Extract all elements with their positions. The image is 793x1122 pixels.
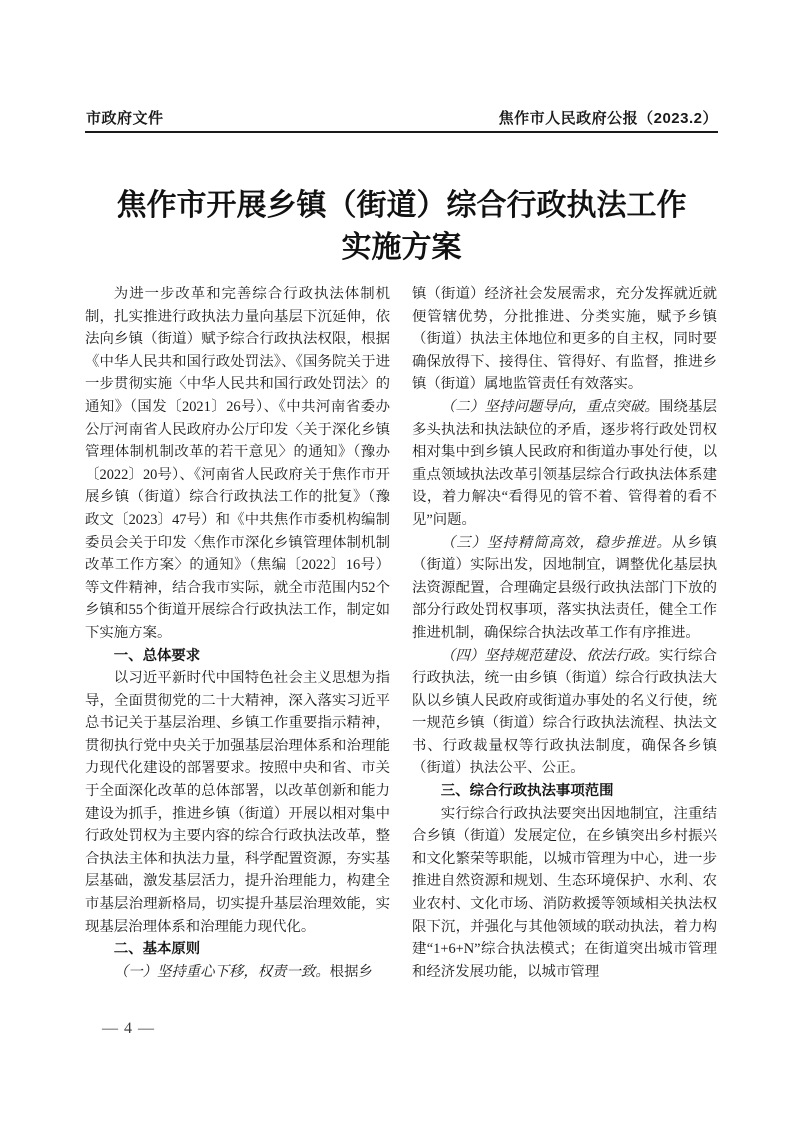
principle-3-lead: （三）坚持精简高效，稳步推进。 <box>441 535 672 551</box>
paragraph-principle-1-continued: 镇（街道）经济社会发展需求，充分发挥就近就便管辖优势，分批推进、分类实施，赋予乡… <box>412 283 717 396</box>
body-columns: 为进一步改革和完善综合行政执法体制机制，扎实推进行政执法力量向基层下沉延伸，依法… <box>85 283 718 983</box>
page-header: 市政府文件 焦作市人民政府公报（2023.2） <box>86 107 718 128</box>
section-heading-overall-requirements: 一、总体要求 <box>85 645 390 668</box>
paragraph-principle-1: （一）坚持重心下移，权责一致。根据乡 <box>85 961 390 984</box>
principle-4-lead: （四）坚持规范建设、依法行政。 <box>441 648 659 664</box>
section-heading-basic-principles: 二、基本原则 <box>85 938 390 961</box>
principle-1-text: 根据乡 <box>330 964 373 980</box>
page-number: — 4 — <box>102 1020 155 1038</box>
header-divider <box>85 131 718 133</box>
paragraph-overall-requirements: 以习近平新时代中国特色社会主义思想为指导，全面贯彻党的二十大精神，深入落实习近平… <box>85 667 390 938</box>
paragraph-preamble: 为进一步改革和完善综合行政执法体制机制，扎实推进行政执法力量向基层下沉延伸，依法… <box>85 283 390 645</box>
principle-4-text: 实行综合行政执法，统一由乡镇（街道）综合行政执法大队以乡镇人民政府或街道办事处的… <box>412 648 717 777</box>
document-title-line1: 焦作市开展乡镇（街道）综合行政执法工作 <box>85 185 718 227</box>
document-title: 焦作市开展乡镇（街道）综合行政执法工作 实施方案 <box>85 185 718 269</box>
section-heading-scope: 三、综合行政执法事项范围 <box>412 780 717 803</box>
paragraph-principle-3: （三）坚持精简高效，稳步推进。从乡镇（街道）实际出发，因地制宜，调整优化基层执法… <box>412 532 717 645</box>
document-page: 市政府文件 焦作市人民政府公报（2023.2） 焦作市开展乡镇（街道）综合行政执… <box>0 0 793 1122</box>
principle-1-lead: （一）坚持重心下移，权责一致。 <box>114 964 330 980</box>
header-left-label: 市政府文件 <box>86 107 164 128</box>
right-column: 镇（街道）经济社会发展需求，充分发挥就近就便管辖优势，分批推进、分类实施，赋予乡… <box>412 283 717 983</box>
header-right-label: 焦作市人民政府公报（2023.2） <box>499 107 718 128</box>
left-column: 为进一步改革和完善综合行政执法体制机制，扎实推进行政执法力量向基层下沉延伸，依法… <box>85 283 390 983</box>
document-title-line2: 实施方案 <box>85 227 718 269</box>
paragraph-principle-2: （二）坚持问题导向，重点突破。围绕基层多头执法和执法缺位的矛盾，逐步将行政处罚权… <box>412 396 717 532</box>
principle-2-lead: （二）坚持问题导向，重点突破。 <box>441 399 659 415</box>
paragraph-scope: 实行综合行政执法要突出因地制宜，注重结合乡镇（街道）发展定位，在乡镇突出乡村振兴… <box>412 803 717 984</box>
paragraph-principle-4: （四）坚持规范建设、依法行政。实行综合行政执法，统一由乡镇（街道）综合行政执法大… <box>412 645 717 781</box>
principle-2-text: 围绕基层多头执法和执法缺位的矛盾，逐步将行政处罚权相对集中到乡镇人民政府和街道办… <box>412 399 717 528</box>
